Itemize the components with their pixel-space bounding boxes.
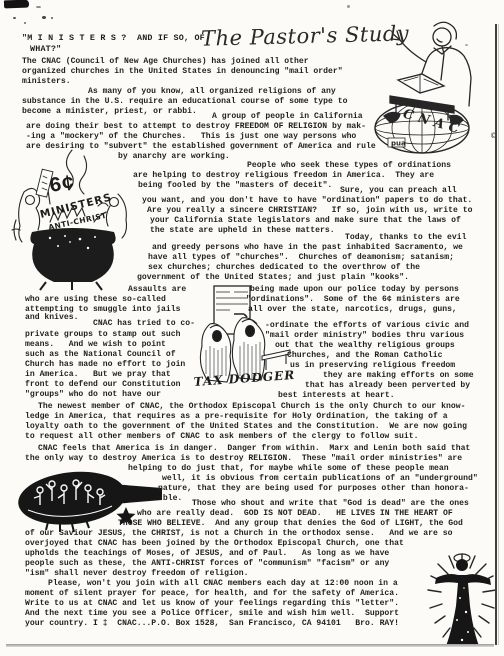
p9-line: well, it is obvious from certain publica…	[162, 474, 478, 483]
p7-right-line: being made upon our police today by pers…	[250, 285, 459, 294]
p9-line: people such as these, the ANTI-CHRIST fo…	[25, 559, 389, 568]
p9-line: helping to do just that, for maybe while…	[128, 464, 449, 473]
p4-line: being fooled by the "masters of deceit".	[138, 181, 332, 190]
p7-right-line: best interests at heart.	[278, 391, 395, 400]
p7-left-line: CNAC has tried to co-	[93, 319, 195, 328]
p2-line: As many of you know, all organized relig…	[88, 87, 336, 96]
p1-line: ministers.	[22, 77, 71, 86]
p5-line: you want, and you don't have to have "or…	[142, 196, 472, 205]
p9-line: THOSE WHO BELIEVE. And any group that de…	[118, 519, 463, 528]
christ-illustration	[424, 548, 502, 652]
christ-figure	[435, 574, 491, 646]
p1-line: organized churches in the United States …	[22, 67, 343, 76]
p10-line: Please, won't you join with all CNAC mem…	[48, 579, 398, 588]
p7-left-line: in America. But we pray that	[25, 370, 171, 379]
p7-left-line: such as the National Council of	[25, 350, 176, 359]
p7-right-line: all over the state, narcotics, drugs, gu…	[248, 305, 457, 314]
p10-line: And the next time you see a Police Offic…	[25, 609, 399, 618]
p6-line: have all types of "churches". Churches o…	[148, 253, 454, 262]
p10-line: Write to us at CNAC and let us know of y…	[25, 599, 399, 608]
p7-right-line: "mail order ministry" bodies thru variou…	[265, 331, 464, 340]
headline-line: WHAT?"	[30, 44, 61, 54]
p7-right-line: they are making efforts on some	[323, 371, 474, 380]
p8-line: to request all other members of CNAC to …	[25, 432, 418, 441]
p7-left-line: Church has made no effort to join	[25, 360, 185, 369]
cauldron-price-label: 6¢	[48, 173, 76, 199]
p10-line: your country. I ‡ CNAC...P.O. Box 1528, …	[25, 619, 399, 628]
p9-line: -ble.	[158, 494, 182, 503]
p3-line: A group of people in California	[212, 112, 363, 121]
cauldron-illustration: 6¢ MINISTERS ANTI-CHRIST	[10, 146, 136, 292]
p7-right-line: Churches, and the Roman Catholic	[287, 351, 442, 360]
globe-signature: pua	[391, 140, 406, 148]
scan-speckle	[13, 17, 16, 19]
p6-line: Today, thanks to the evil	[345, 233, 466, 242]
p9-line: overjoyed that CNAC has been joined by t…	[25, 539, 404, 548]
p7-left-line: private groups to stamp out such	[25, 330, 180, 339]
p9-line: nature, that they are being used for pur…	[158, 484, 469, 493]
p2-line: become a minister, priest, or rabbi.	[22, 107, 197, 116]
cauldron-pot	[30, 228, 115, 282]
scanned-newsletter-page: "M I N I S T E R S ? AND IF SO, OF WHAT?…	[0, 0, 504, 656]
p9-line: "ism" shall never destroy freedom of rel…	[25, 569, 248, 578]
p7-left-line: and knives.	[25, 313, 78, 322]
page-edge-line	[498, 24, 499, 645]
p7-right-line: us in preserving religious freedom	[290, 361, 455, 370]
p8-line: The newest member of CNAC, the Orthodox …	[38, 402, 465, 411]
page-edge-line	[495, 24, 497, 645]
p7-right-line: out that the wealthy religious groups	[275, 341, 455, 350]
p4-line: People who seek these types of ordinatio…	[247, 161, 451, 170]
p7-left-line: means. And we wish to point	[25, 340, 166, 349]
scan-speckle	[24, 22, 26, 24]
p9-line: Those who shout and write that "God is d…	[192, 499, 469, 508]
page-bottom-shadow	[6, 644, 494, 647]
scan-speckle	[465, 44, 468, 46]
p6-line: sex churches; churches dedicated to the …	[148, 263, 420, 272]
p8-line: ledge in America, that requires as a pre…	[25, 412, 448, 421]
p10-line: moment of silent prayer for peace, for h…	[25, 589, 399, 598]
p7-left-line: who are using these so-called	[25, 295, 166, 304]
p6-line: and greedy persons who have in the past …	[152, 243, 463, 252]
p7-right-line: "ordinations". Some of the 6¢ ministers …	[246, 295, 460, 304]
p9-line: of our Saviour JESUS, the CHRIST, is not…	[25, 529, 452, 538]
scan-speckle	[42, 16, 46, 19]
p9-line: who are really dead. GOD IS NOT DEAD. HE…	[137, 509, 453, 518]
scan-speckle	[51, 17, 53, 19]
p4-line: are helping to destroy religious freedom…	[133, 171, 434, 180]
p7-right-line: -ordinate the efforts of various civic a…	[265, 321, 469, 330]
p3-line: are doing their best to attempt to destr…	[26, 122, 366, 131]
p3-line: -ing a "mockery" of the Churches. This i…	[26, 132, 356, 141]
p9-line: the only way to destroy America is to de…	[25, 454, 462, 463]
p5-line: Are you really a sincere CHRISTIAN? If s…	[147, 206, 472, 215]
p7-left-line: front to defend our Constitution	[25, 380, 180, 389]
headline-line: "M I N I S T E R S ? AND IF SO, OF	[22, 33, 205, 43]
p5-line: your California State legislators and ma…	[150, 216, 461, 225]
p7-right-line: that has already been perverted by	[305, 381, 470, 390]
p7-left-line: Assaults are	[128, 285, 186, 294]
p7-left-line: "groups" who do not have our	[25, 390, 161, 399]
scan-smudge	[4, 0, 29, 8]
p3-line: are desiring to "subvert" the establishe…	[26, 142, 376, 151]
flag-bar	[112, 484, 162, 504]
p1-line: The CNAC (Council of New Age Churches) h…	[22, 57, 309, 66]
p6-line: government of the United States; and jus…	[137, 273, 409, 282]
p9-line: upholds the teachings of Moses, of JESUS…	[25, 549, 389, 558]
scan-speckle	[347, 5, 350, 8]
p5-line: Sure, you can preach all	[340, 186, 457, 195]
p8-line: loyalty oath to the government of the Un…	[25, 422, 467, 431]
p9-line: CNAC feels that America is in danger. Da…	[38, 444, 470, 453]
p2-line: substance in the U.S. require an educati…	[22, 97, 347, 106]
scan-speckle	[36, 6, 41, 8]
p5-line: the state are upheld in these matters.	[150, 226, 335, 235]
p3-line: by anarchy are working.	[118, 152, 230, 161]
